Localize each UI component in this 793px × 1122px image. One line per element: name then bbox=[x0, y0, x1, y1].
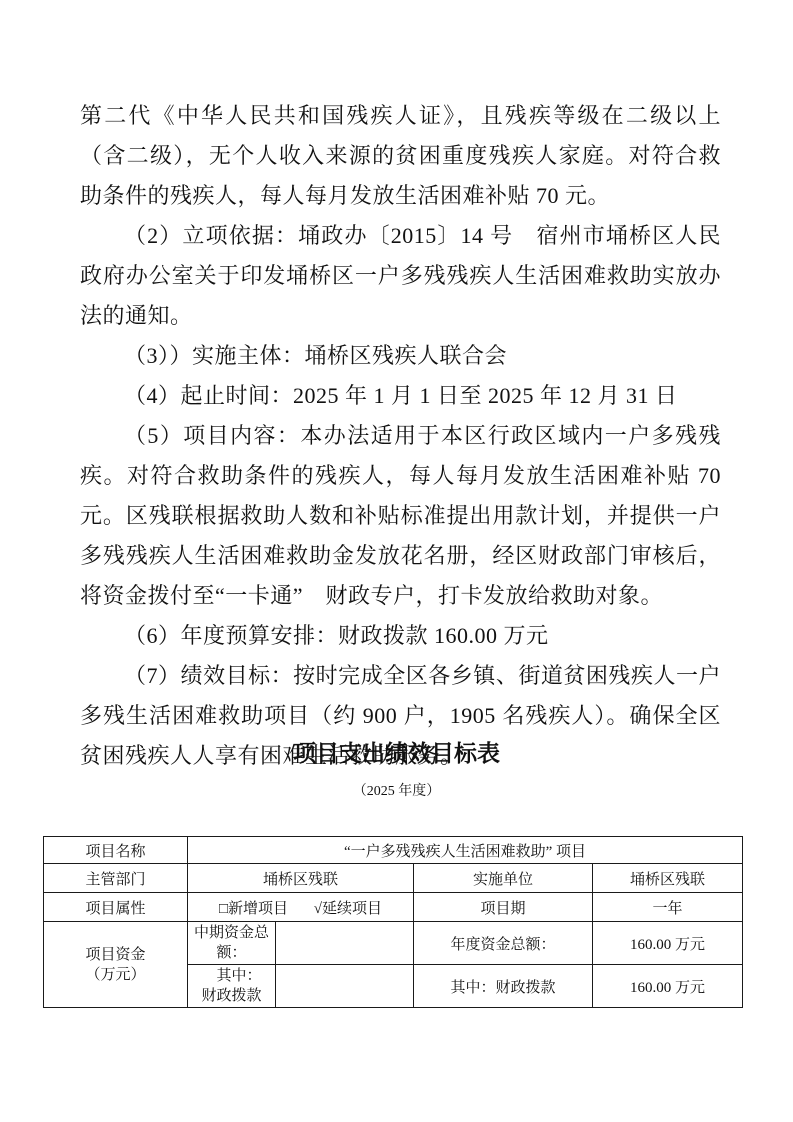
paragraph-budget: （6）年度预算安排：财政拨款 160.00 万元 bbox=[80, 616, 721, 656]
annual-fiscal-value: 160.00 万元 bbox=[593, 965, 743, 1008]
paragraph-duration: （4）起止时间：2025 年 1 月 1 日至 2025 年 12 月 31 日 bbox=[80, 376, 721, 416]
table-row: 项目资金 （万元） 中期资金总额： 年度资金总额： 160.00 万元 bbox=[44, 922, 743, 965]
paragraph-content: （5）项目内容：本办法适用于本区行政区域内一户多残残疾。对符合救助条件的残疾人，… bbox=[80, 416, 721, 616]
paragraph-basis: （2）立项依据：埇政办〔2015〕14 号 宿州市埇桥区人民政府办公室关于印发埇… bbox=[80, 216, 721, 336]
period-label: 项目期 bbox=[414, 893, 593, 922]
table-title: 项目支出绩效目标表 bbox=[0, 737, 793, 769]
impl-unit-value: 埇桥区残联 bbox=[593, 864, 743, 893]
midterm-total-label: 中期资金总额： bbox=[188, 922, 276, 965]
table-row: 项目名称 “一户多残残疾人生活困难救助” 项目 bbox=[44, 837, 743, 864]
project-name-label: 项目名称 bbox=[44, 837, 188, 864]
impl-unit-label: 实施单位 bbox=[414, 864, 593, 893]
attr-label: 项目属性 bbox=[44, 893, 188, 922]
paragraph-implementer: （3））实施主体：埇桥区残疾人联合会 bbox=[80, 336, 721, 376]
table-subtitle: （2025 年度） bbox=[0, 783, 793, 801]
period-value: 一年 bbox=[593, 893, 743, 922]
annual-fiscal-label: 其中：财政拨款 bbox=[414, 965, 593, 1008]
paragraph-continuation: 第二代《中华人民共和国残疾人证》，且残疾等级在二级以上（含二级），无个人收入来源… bbox=[80, 96, 721, 216]
attr-value-cell: □新增项目 √延续项目 bbox=[188, 893, 414, 922]
annual-total-label: 年度资金总额： bbox=[414, 922, 593, 965]
midterm-fiscal-value bbox=[276, 965, 414, 1008]
project-name-value: “一户多残残疾人生活困难救助” 项目 bbox=[188, 837, 743, 864]
table-row: 主管部门 埇桥区残联 实施单位 埇桥区残联 bbox=[44, 864, 743, 893]
dept-label: 主管部门 bbox=[44, 864, 188, 893]
document-body: 第二代《中华人民共和国残疾人证》，且残疾等级在二级以上（含二级），无个人收入来源… bbox=[80, 96, 721, 776]
document-page: 第二代《中华人民共和国残疾人证》，且残疾等级在二级以上（含二级），无个人收入来源… bbox=[0, 0, 793, 1122]
midterm-total-value bbox=[276, 922, 414, 965]
checkbox-new-project: □新增项目 bbox=[219, 901, 288, 917]
dept-value: 埇桥区残联 bbox=[188, 864, 414, 893]
funds-label: 项目资金 （万元） bbox=[44, 922, 188, 1008]
checkbox-continue-project: √延续项目 bbox=[314, 901, 382, 917]
annual-total-value: 160.00 万元 bbox=[593, 922, 743, 965]
performance-goal-table: 项目名称 “一户多残残疾人生活困难救助” 项目 主管部门 埇桥区残联 实施单位 … bbox=[43, 836, 743, 1008]
midterm-fiscal-label: 其中： 财政拨款 bbox=[188, 965, 276, 1008]
table-row: 项目属性 □新增项目 √延续项目 项目期 一年 bbox=[44, 893, 743, 922]
performance-goal-table-wrap: 项目名称 “一户多残残疾人生活困难救助” 项目 主管部门 埇桥区残联 实施单位 … bbox=[43, 836, 743, 1008]
